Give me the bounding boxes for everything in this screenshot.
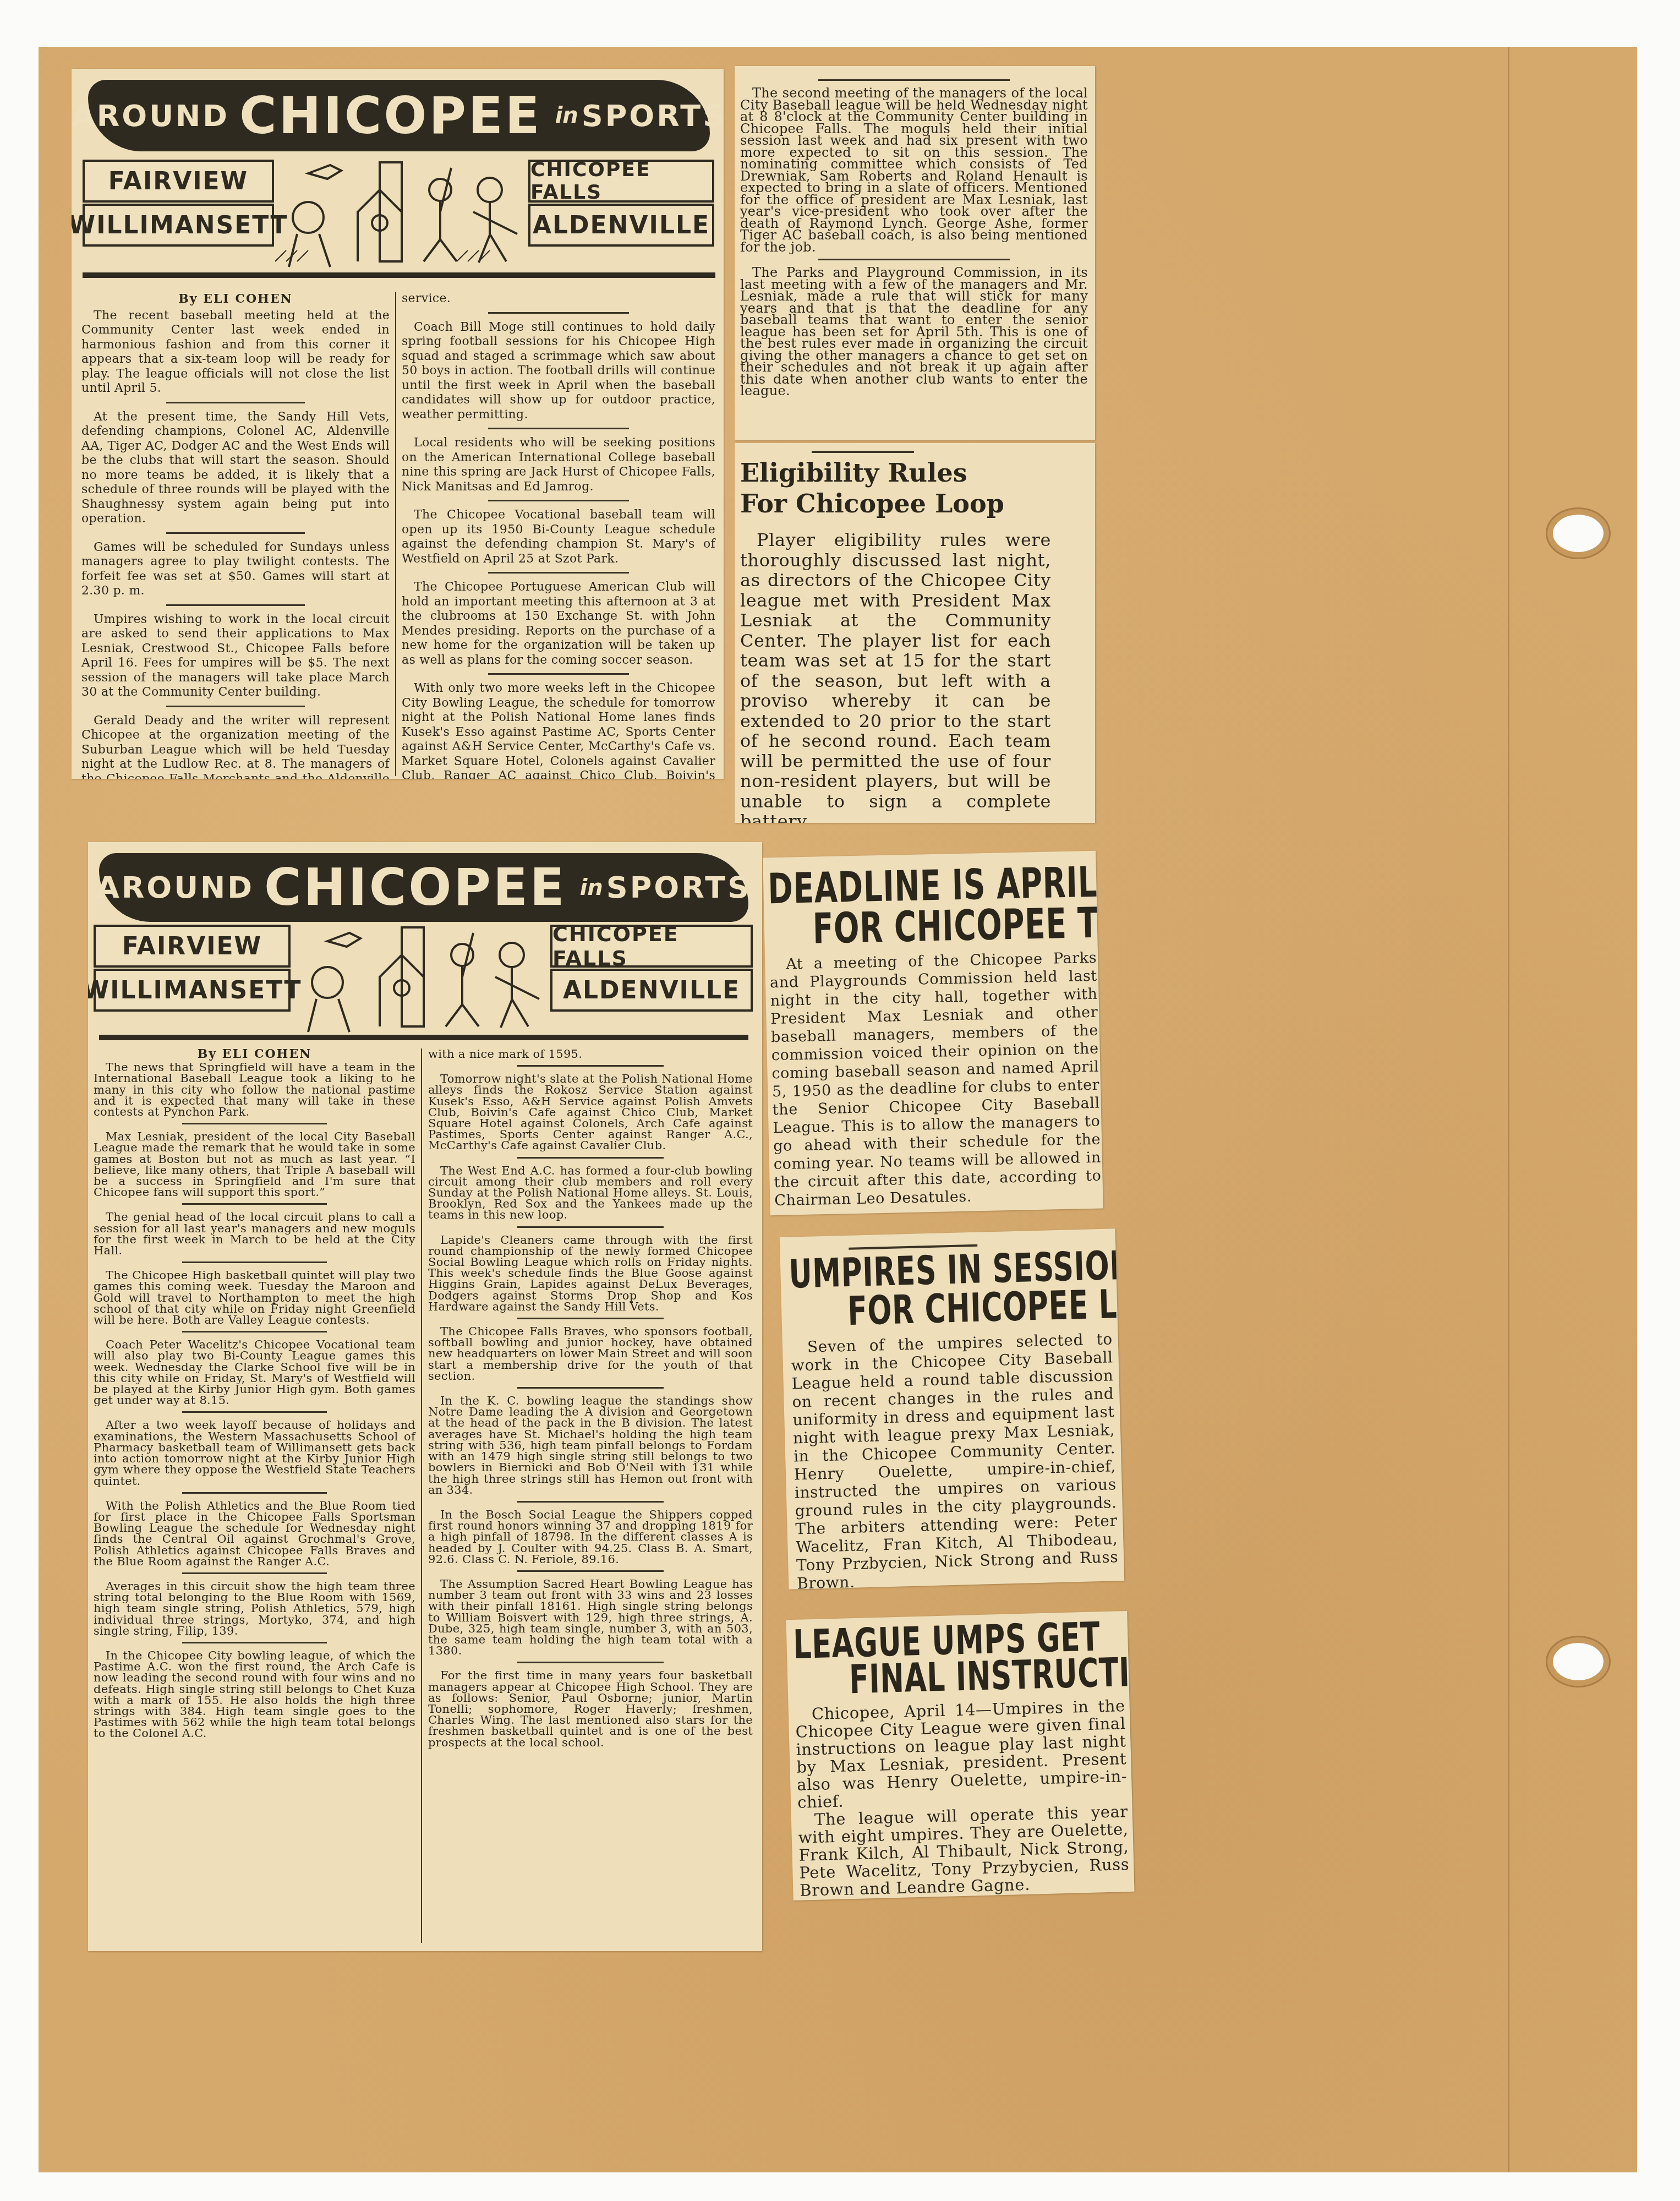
paragraph: Chicopee, April 14—Umpires in the Chicop… xyxy=(795,1697,1128,1811)
clipping-eligibility-rules: Eligibility Rules For Chicopee Loop Play… xyxy=(735,443,1095,823)
headline-line: Eligibility Rules xyxy=(740,457,1081,488)
banner-word-sports: SPORTS xyxy=(582,99,724,133)
divider xyxy=(517,1501,664,1503)
sports-banner: AROUND CHICOPEE in SPORTS FAIRVIEW WILLI… xyxy=(72,69,724,289)
tag-fairview: FAIRVIEW xyxy=(83,160,274,203)
tag-aldenville: ALDENVILLE xyxy=(550,969,753,1012)
banner-word-in: in xyxy=(580,875,603,900)
banner-divider xyxy=(83,272,715,278)
paragraph: Local residents who will be seeking posi… xyxy=(402,436,715,494)
divider xyxy=(166,532,305,534)
article: Eligibility Rules For Chicopee Loop Play… xyxy=(740,451,1081,823)
paragraph: With only two more weeks left in the Chi… xyxy=(402,681,715,779)
paragraph: In the Chicopee City bowling league, of … xyxy=(94,1650,415,1739)
paragraph: The Chicopee Falls Braves, who sponsors … xyxy=(428,1326,753,1381)
clipping-umpires-in-session: UMPIRES IN SESSION FOR CHICOPEE LOOP Sev… xyxy=(780,1228,1125,1590)
divider xyxy=(488,673,630,675)
divider xyxy=(182,1411,327,1413)
tag-chicopee-falls: CHICOPEE FALLS xyxy=(528,160,714,203)
article: UMPIRES IN SESSION FOR CHICOPEE LOOP Sev… xyxy=(788,1241,1119,1589)
headline: Eligibility Rules For Chicopee Loop xyxy=(740,457,1081,519)
divider xyxy=(166,402,305,403)
clipping-around-chicopee-2: AROUND CHICOPEE in SPORTS FAIRVIEW WILLI… xyxy=(88,842,762,1951)
binding-hole-icon xyxy=(1553,1643,1604,1680)
divider xyxy=(166,706,305,707)
divider xyxy=(517,1387,664,1389)
paragraph: Coach Peter Wacelitz's Chicopee Vocation… xyxy=(94,1339,415,1406)
tag-chicopee-falls: CHICOPEE FALLS xyxy=(550,925,753,968)
banner-word-chicopee: CHICOPEE xyxy=(264,858,567,917)
divider xyxy=(488,500,630,501)
paragraph: Averages in this circuit show the high t… xyxy=(94,1581,415,1636)
paragraph: The news that Springfield will have a te… xyxy=(94,1062,415,1117)
paragraph: At the present time, the Sandy Hill Vets… xyxy=(81,410,390,527)
paragraph: The league will operate this year with e… xyxy=(798,1803,1130,1899)
divider xyxy=(517,1157,664,1159)
sports-banner: AROUND CHICOPEE in SPORTS FAIRVIEW WILLI… xyxy=(88,842,762,1051)
column-left: By ELI COHEN The news that Springfield w… xyxy=(94,1048,415,1744)
paragraph: Seven of the umpires selected to work in… xyxy=(791,1330,1119,1590)
headline-line: FINAL INSTRUCTIONS xyxy=(849,1656,1048,1697)
banner-word-around: AROUND xyxy=(72,99,229,133)
divider xyxy=(182,1642,327,1643)
divider xyxy=(812,451,914,453)
binding-hole-icon xyxy=(1553,515,1604,552)
banner-divider xyxy=(99,1035,748,1040)
divider xyxy=(488,572,630,574)
paragraph: For the first time in many years four ba… xyxy=(428,1670,753,1747)
divider xyxy=(517,1318,664,1319)
divider xyxy=(166,604,305,606)
divider xyxy=(517,1065,664,1067)
paragraph: Tomorrow night's slate at the Polish Nat… xyxy=(428,1073,753,1151)
banner-word-sports: SPORTS xyxy=(606,870,751,905)
headline-line: For Chicopee Loop xyxy=(740,488,1081,519)
divider xyxy=(182,1123,327,1124)
paragraph: Lapide's Cleaners came through with the … xyxy=(428,1235,753,1312)
paragraph: The Chicopee High basketball quintet wil… xyxy=(94,1270,415,1325)
paragraph: Player eligibility rules were thoroughly… xyxy=(740,530,1051,823)
cartoon-athletes-illustration-icon xyxy=(294,919,548,1035)
divider xyxy=(182,1492,327,1494)
paragraph: Games will be scheduled for Sundays unle… xyxy=(81,540,390,599)
article-body: Seven of the umpires selected to work in… xyxy=(791,1330,1119,1590)
article: DEADLINE IS APRIL 5 FOR CHICOPEE TEAMS A… xyxy=(768,862,1102,1210)
divider xyxy=(517,1662,664,1663)
paragraph: With the Polish Athletics and the Blue R… xyxy=(94,1500,415,1567)
column-divider xyxy=(421,1048,422,1943)
banner-ribbon: AROUND CHICOPEE in SPORTS xyxy=(99,853,748,922)
tag-willimansett: WILLIMANSETT xyxy=(94,969,291,1012)
column-right: service. Coach Bill Moge still continues… xyxy=(402,292,715,779)
headline-line: FOR CHICOPEE LOOP xyxy=(847,1287,1038,1330)
banner-word-around: AROUND xyxy=(96,870,254,905)
paragraph: In the K. C. bowling league the standing… xyxy=(428,1395,753,1495)
paragraph: Coach Bill Moge still continues to hold … xyxy=(402,320,715,423)
paragraph: The Assumption Sacred Heart Bowling Leag… xyxy=(428,1579,753,1656)
divider xyxy=(182,1261,327,1263)
article: LEAGUE UMPS GET FINAL INSTRUCTIONS Chico… xyxy=(793,1618,1130,1899)
column-right: with a nice mark of 1595. Tomorrow night… xyxy=(428,1048,753,1752)
paragraph: Gerald Deady and the writer will represe… xyxy=(81,714,390,779)
divider xyxy=(818,79,1010,81)
tag-aldenville: ALDENVILLE xyxy=(528,204,714,247)
divider xyxy=(182,1572,327,1574)
paragraph: The recent baseball meeting held at the … xyxy=(81,309,390,396)
divider xyxy=(182,1331,327,1332)
banner-word-in: in xyxy=(555,103,578,128)
byline: By ELI COHEN xyxy=(81,292,390,307)
column-left: By ELI COHEN The recent baseball meeting… xyxy=(81,292,390,779)
paragraph: with a nice mark of 1595. xyxy=(428,1048,753,1059)
divider xyxy=(818,259,1010,260)
byline: By ELI COHEN xyxy=(94,1048,415,1059)
clipping-final-instructions: LEAGUE UMPS GET FINAL INSTRUCTIONS Chico… xyxy=(786,1611,1134,1900)
paragraph: Umpires wishing to work in the local cir… xyxy=(81,613,390,700)
divider xyxy=(517,1570,664,1572)
clipping-managers-meeting: The second meeting of the managers of th… xyxy=(735,66,1095,440)
article-body: At a meeting of the Chicopee Parks and P… xyxy=(769,949,1102,1210)
paragraph: In the Bosch Social League the Shippers … xyxy=(428,1509,753,1565)
clipping-around-chicopee-1: AROUND CHICOPEE in SPORTS FAIRVIEW WILLI… xyxy=(72,69,724,779)
paragraph: The Chicopee Vocational baseball team wi… xyxy=(402,508,715,566)
divider xyxy=(488,428,630,429)
paragraph: The West End A.C. has formed a four-club… xyxy=(428,1165,753,1221)
article-body: Chicopee, April 14—Umpires in the Chicop… xyxy=(795,1697,1130,1899)
binding-fold xyxy=(1508,47,1509,2172)
paragraph: The Chicopee Portuguese American Club wi… xyxy=(402,580,715,668)
divider xyxy=(182,1203,327,1205)
cartoon-athletes-illustration-icon xyxy=(275,151,523,272)
paragraph: At a meeting of the Chicopee Parks and P… xyxy=(769,949,1102,1210)
headline-line: FOR CHICOPEE TEAMS xyxy=(812,904,1017,949)
paragraph: Max Lesniak, president of the local City… xyxy=(94,1131,415,1198)
paragraph: The second meeting of the managers of th… xyxy=(740,88,1088,253)
tag-fairview: FAIRVIEW xyxy=(94,925,291,968)
divider xyxy=(517,1226,664,1228)
tag-willimansett: WILLIMANSETT xyxy=(83,204,274,247)
banner-word-chicopee: CHICOPEE xyxy=(239,86,542,145)
article-body: Player eligibility rules were thoroughly… xyxy=(740,530,1051,823)
banner-ribbon: AROUND CHICOPEE in SPORTS xyxy=(88,80,710,151)
paragraph: The genial head of the local circuit pla… xyxy=(94,1211,415,1256)
column-divider xyxy=(395,292,396,776)
paragraph: service. xyxy=(402,292,715,307)
column: The second meeting of the managers of th… xyxy=(740,74,1088,402)
paragraph: The Parks and Playground Commission, in … xyxy=(740,267,1088,397)
clipping-deadline-april-5: DEADLINE IS APRIL 5 FOR CHICOPEE TEAMS A… xyxy=(763,851,1103,1216)
divider xyxy=(488,312,630,314)
paragraph: After a two week layoff because of holid… xyxy=(94,1419,415,1486)
